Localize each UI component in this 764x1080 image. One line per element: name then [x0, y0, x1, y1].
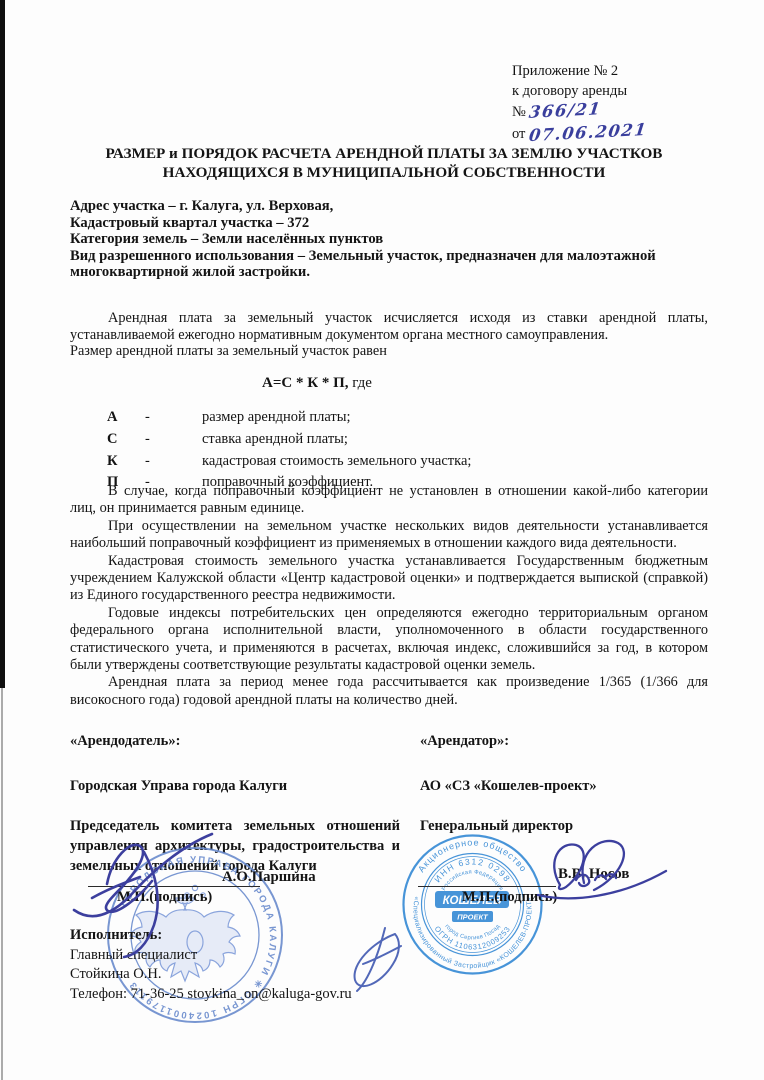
- body-paragraph: Арендная плата за период менее года расс…: [70, 674, 708, 709]
- body-text: В случае, когда поправочный коэффициент …: [70, 483, 708, 709]
- definition-dash: -: [145, 451, 202, 473]
- formula-expression: А=С * К * П,: [262, 375, 349, 391]
- rent-formula: А=С * К * П, где: [262, 375, 372, 392]
- definition-row: С - ставка арендной платы;: [107, 429, 627, 451]
- appendix-line1: Приложение № 2: [512, 62, 647, 82]
- formula-suffix: где: [349, 375, 372, 391]
- definition-row: К - кадастровая стоимость земельного уча…: [107, 451, 627, 473]
- definition-row: А - размер арендной платы;: [107, 407, 627, 429]
- body-paragraph: В случае, когда поправочный коэффициент …: [70, 483, 708, 518]
- definition-desc: кадастровая стоимость земельного участка…: [202, 451, 471, 473]
- definition-dash: -: [145, 407, 202, 429]
- date-label: от: [512, 126, 525, 142]
- number-label: №: [512, 104, 526, 120]
- scan-edge-artifact: [0, 0, 5, 688]
- document-page: Приложение № 2 к договору аренды № 366/2…: [0, 0, 764, 1080]
- signature-strokes: [74, 834, 212, 957]
- appendix-line2: к договору аренды: [512, 82, 647, 102]
- executor-name: Стойкина О.Н.: [70, 965, 352, 985]
- contract-date-line: от 07.06.2021: [512, 123, 647, 145]
- definition-symbol: К: [107, 451, 145, 473]
- definition-dash: -: [145, 429, 202, 451]
- intro-paragraph: Арендная плата за земельный участок исчи…: [70, 310, 708, 343]
- definition-desc: ставка арендной платы;: [202, 429, 348, 451]
- body-paragraph: Кадастровая стоимость земельного участка…: [70, 553, 708, 605]
- lessee-signature-ink: [532, 833, 672, 911]
- property-info: Адрес участка – г. Калуга, ул. Верховая,…: [70, 198, 706, 281]
- property-permitted-use: Вид разрешенного использования – Земельн…: [70, 248, 706, 281]
- property-land-category: Категория земель – Земли населённых пунк…: [70, 231, 706, 248]
- lessor-signature-ink: [52, 826, 242, 961]
- title-line1: РАЗМЕР и ПОРЯДОК РАСЧЕТА АРЕНДНОЙ ПЛАТЫ …: [40, 144, 728, 163]
- signature-strokes: [355, 928, 401, 991]
- definition-desc: размер арендной платы;: [202, 407, 351, 429]
- signature-strokes: [538, 841, 666, 898]
- lessor-org: Городская Управа города Калуги: [70, 776, 287, 796]
- executor-contact: Телефон: 71-36-25 stoykina_on@kaluga-gov…: [70, 985, 352, 1005]
- scan-edge-artifact-light: [1, 688, 3, 1080]
- body-paragraph: При осуществлении на земельном участке н…: [70, 518, 708, 553]
- property-address: Адрес участка – г. Калуга, ул. Верховая,: [70, 198, 706, 215]
- definition-symbol: С: [107, 429, 145, 451]
- property-cadastral-block: Кадастровый квартал участка – 372: [70, 215, 706, 232]
- contract-number-handwritten: 366/21: [528, 99, 603, 122]
- appendix-header: Приложение № 2 к договору аренды № 366/2…: [512, 62, 647, 144]
- executor-signature-ink: [333, 922, 418, 997]
- lessee-org: АО «СЗ «Кошелев-проект»: [420, 776, 597, 796]
- title-line2: НАХОДЯЩИХСЯ В МУНИЦИПАЛЬНОЙ СОБСТВЕННОСТ…: [40, 163, 728, 182]
- lessee-role: «Арендатор»:: [420, 731, 509, 751]
- intro-section: Арендная плата за земельный участок исчи…: [70, 310, 708, 360]
- document-title: РАЗМЕР и ПОРЯДОК РАСЧЕТА АРЕНДНОЙ ПЛАТЫ …: [40, 144, 728, 182]
- formula-definitions: А - размер арендной платы; С - ставка ар…: [107, 407, 627, 494]
- definition-symbol: А: [107, 407, 145, 429]
- logo-line2: ПРОЕКТ: [457, 913, 489, 922]
- body-paragraph: Годовые индексы потребительских цен опре…: [70, 605, 708, 675]
- stamp-top-text-holder: Акционерное общество: [416, 837, 529, 874]
- lessor-role: «Арендодатель»:: [70, 731, 180, 751]
- intro-paragraph-2: Размер арендной платы за земельный участ…: [70, 343, 708, 360]
- contract-date-handwritten: 07.06.2021: [528, 119, 649, 145]
- contract-number-line: № 366/21: [512, 101, 647, 123]
- stamp-company-type: Акционерное общество: [416, 837, 529, 874]
